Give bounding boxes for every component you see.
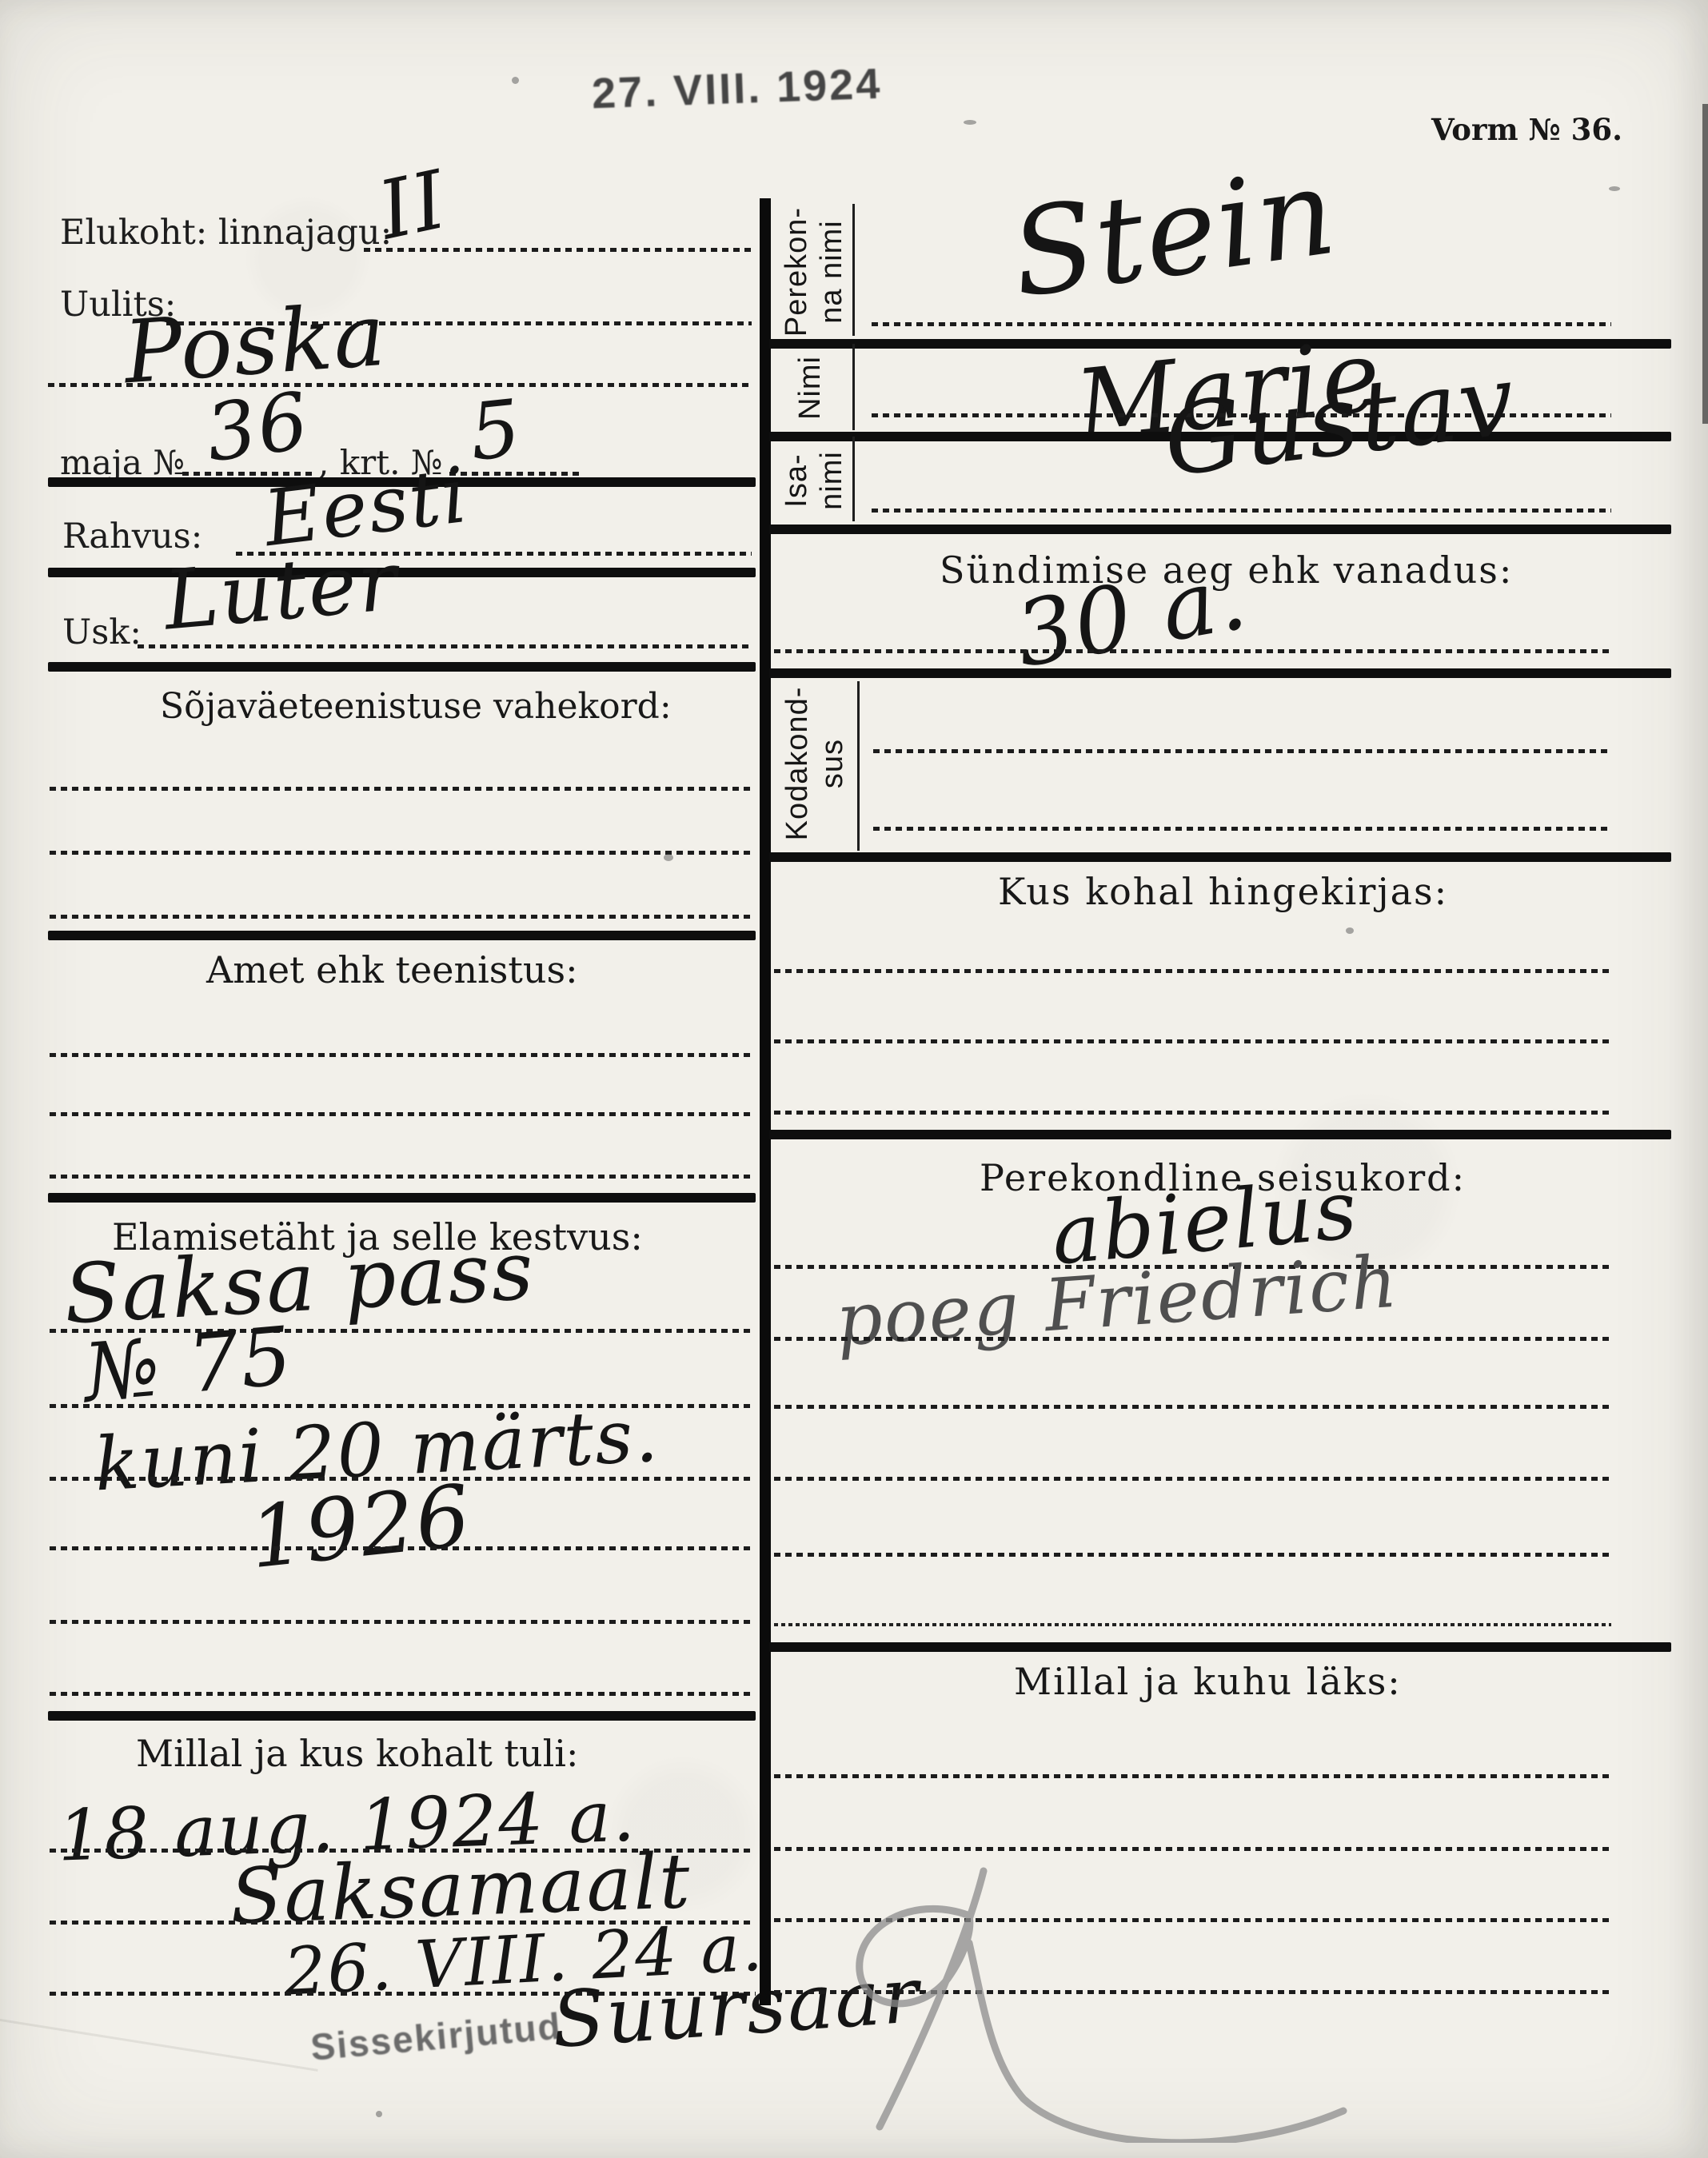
field-label-elukoht: Elukoht: linnajagu: <box>60 213 392 253</box>
section-rule <box>769 852 1671 862</box>
dotted-line <box>774 1111 1611 1115</box>
pencil-signature-flourish <box>784 1823 1503 2143</box>
section-heading-tuli: Millal ja kus kohalt tuli: <box>136 1732 579 1775</box>
rotated-label-line: nimi <box>815 451 848 510</box>
dotted-line <box>872 322 1611 326</box>
dotted-line <box>774 649 1611 653</box>
form-number: Vorm № 36. <box>1431 112 1622 147</box>
label-rule <box>852 344 855 430</box>
date-stamp: 27. VIII. 1924 <box>591 59 883 119</box>
paper-speckle <box>512 77 519 84</box>
paper-speckle <box>376 2111 382 2117</box>
dotted-line <box>774 1039 1611 1043</box>
rotated-label-line: Isa- <box>780 453 813 507</box>
section-rule <box>48 662 756 672</box>
rotated-label-line: Kodakond- <box>780 687 814 841</box>
rotated-label-nimi: Nimi <box>793 344 846 432</box>
rotated-label-line: sus <box>816 739 849 788</box>
section-rule <box>48 1711 756 1721</box>
section-heading-laks: Millal ja kuhu läks: <box>1014 1660 1402 1703</box>
rotated-label-line: Nimi <box>793 356 827 420</box>
dotted-line <box>872 509 1611 513</box>
dotted-line <box>50 1620 752 1624</box>
dotted-line <box>873 749 1611 753</box>
rotated-label-line: Perekon- <box>780 207 813 337</box>
paper-speckle <box>664 854 673 861</box>
dotted-line <box>50 1053 752 1057</box>
dotted-line <box>50 915 752 919</box>
dotted-line <box>50 787 752 791</box>
dotted-line <box>50 1546 752 1550</box>
section-rule <box>48 568 756 577</box>
section-heading-hingekiri: Kus kohal hingekirjas: <box>998 870 1448 913</box>
rotated-label-isanimi: Isa- nimi <box>780 437 855 525</box>
field-value-usk: Luter <box>160 533 402 648</box>
label-rule <box>852 204 855 336</box>
scan-edge-artifact <box>1702 104 1708 424</box>
label-rule <box>852 437 855 521</box>
section-rule <box>48 931 756 940</box>
section-rule <box>769 1130 1671 1139</box>
field-label-maja: maja № <box>60 443 185 482</box>
dotted-line <box>774 1405 1611 1409</box>
dotted-line <box>449 472 582 476</box>
dotted-line <box>50 1112 752 1116</box>
section-heading-amet: Amet ehk teenistus: <box>206 948 578 991</box>
sissekirjutud-stamp: Sissekirjutud <box>309 2004 563 2068</box>
dotted-line <box>873 827 1611 831</box>
dotted-line <box>774 1477 1611 1481</box>
scanned-form-page: 27. VIII. 1924 Vorm № 36. Elukoht: linna… <box>0 0 1708 2158</box>
rotated-label-perekonnanimi: Perekon- na nimi <box>780 201 856 342</box>
column-divider <box>760 198 771 2005</box>
dotted-line <box>50 851 752 855</box>
paper-speckle <box>1609 186 1620 191</box>
dotted-line <box>364 248 752 252</box>
dotted-line <box>50 1175 752 1179</box>
dotted-line <box>774 1337 1611 1341</box>
section-rule <box>769 525 1671 534</box>
dotted-line <box>48 383 752 387</box>
dotted-line <box>774 1623 1611 1626</box>
rotated-label-line: na nimi <box>815 220 848 324</box>
section-rule <box>769 1642 1671 1652</box>
rotated-label-kodakondsus: Kodakond- sus <box>780 676 864 852</box>
paper-speckle <box>1346 927 1354 934</box>
dotted-line <box>50 1692 752 1696</box>
paper-speckle <box>964 120 976 125</box>
field-value-perekonnanimi: Stein <box>1004 142 1345 325</box>
section-rule <box>769 668 1671 678</box>
section-rule <box>48 1193 756 1203</box>
field-label-usk: Usk: <box>62 612 142 652</box>
field-label-rahvus: Rahvus: <box>62 517 202 556</box>
section-heading-sojavaeteenistus: Sõjaväeteenistuse vahekord: <box>160 686 672 727</box>
dotted-line <box>138 644 752 648</box>
label-rule <box>857 681 860 851</box>
field-value-krt: 5 <box>465 383 526 479</box>
field-value-maja: 36 <box>201 376 315 481</box>
paper-crease <box>0 2016 318 2072</box>
dotted-line <box>774 1553 1611 1557</box>
dotted-line <box>774 969 1611 973</box>
dotted-line <box>774 1774 1611 1778</box>
